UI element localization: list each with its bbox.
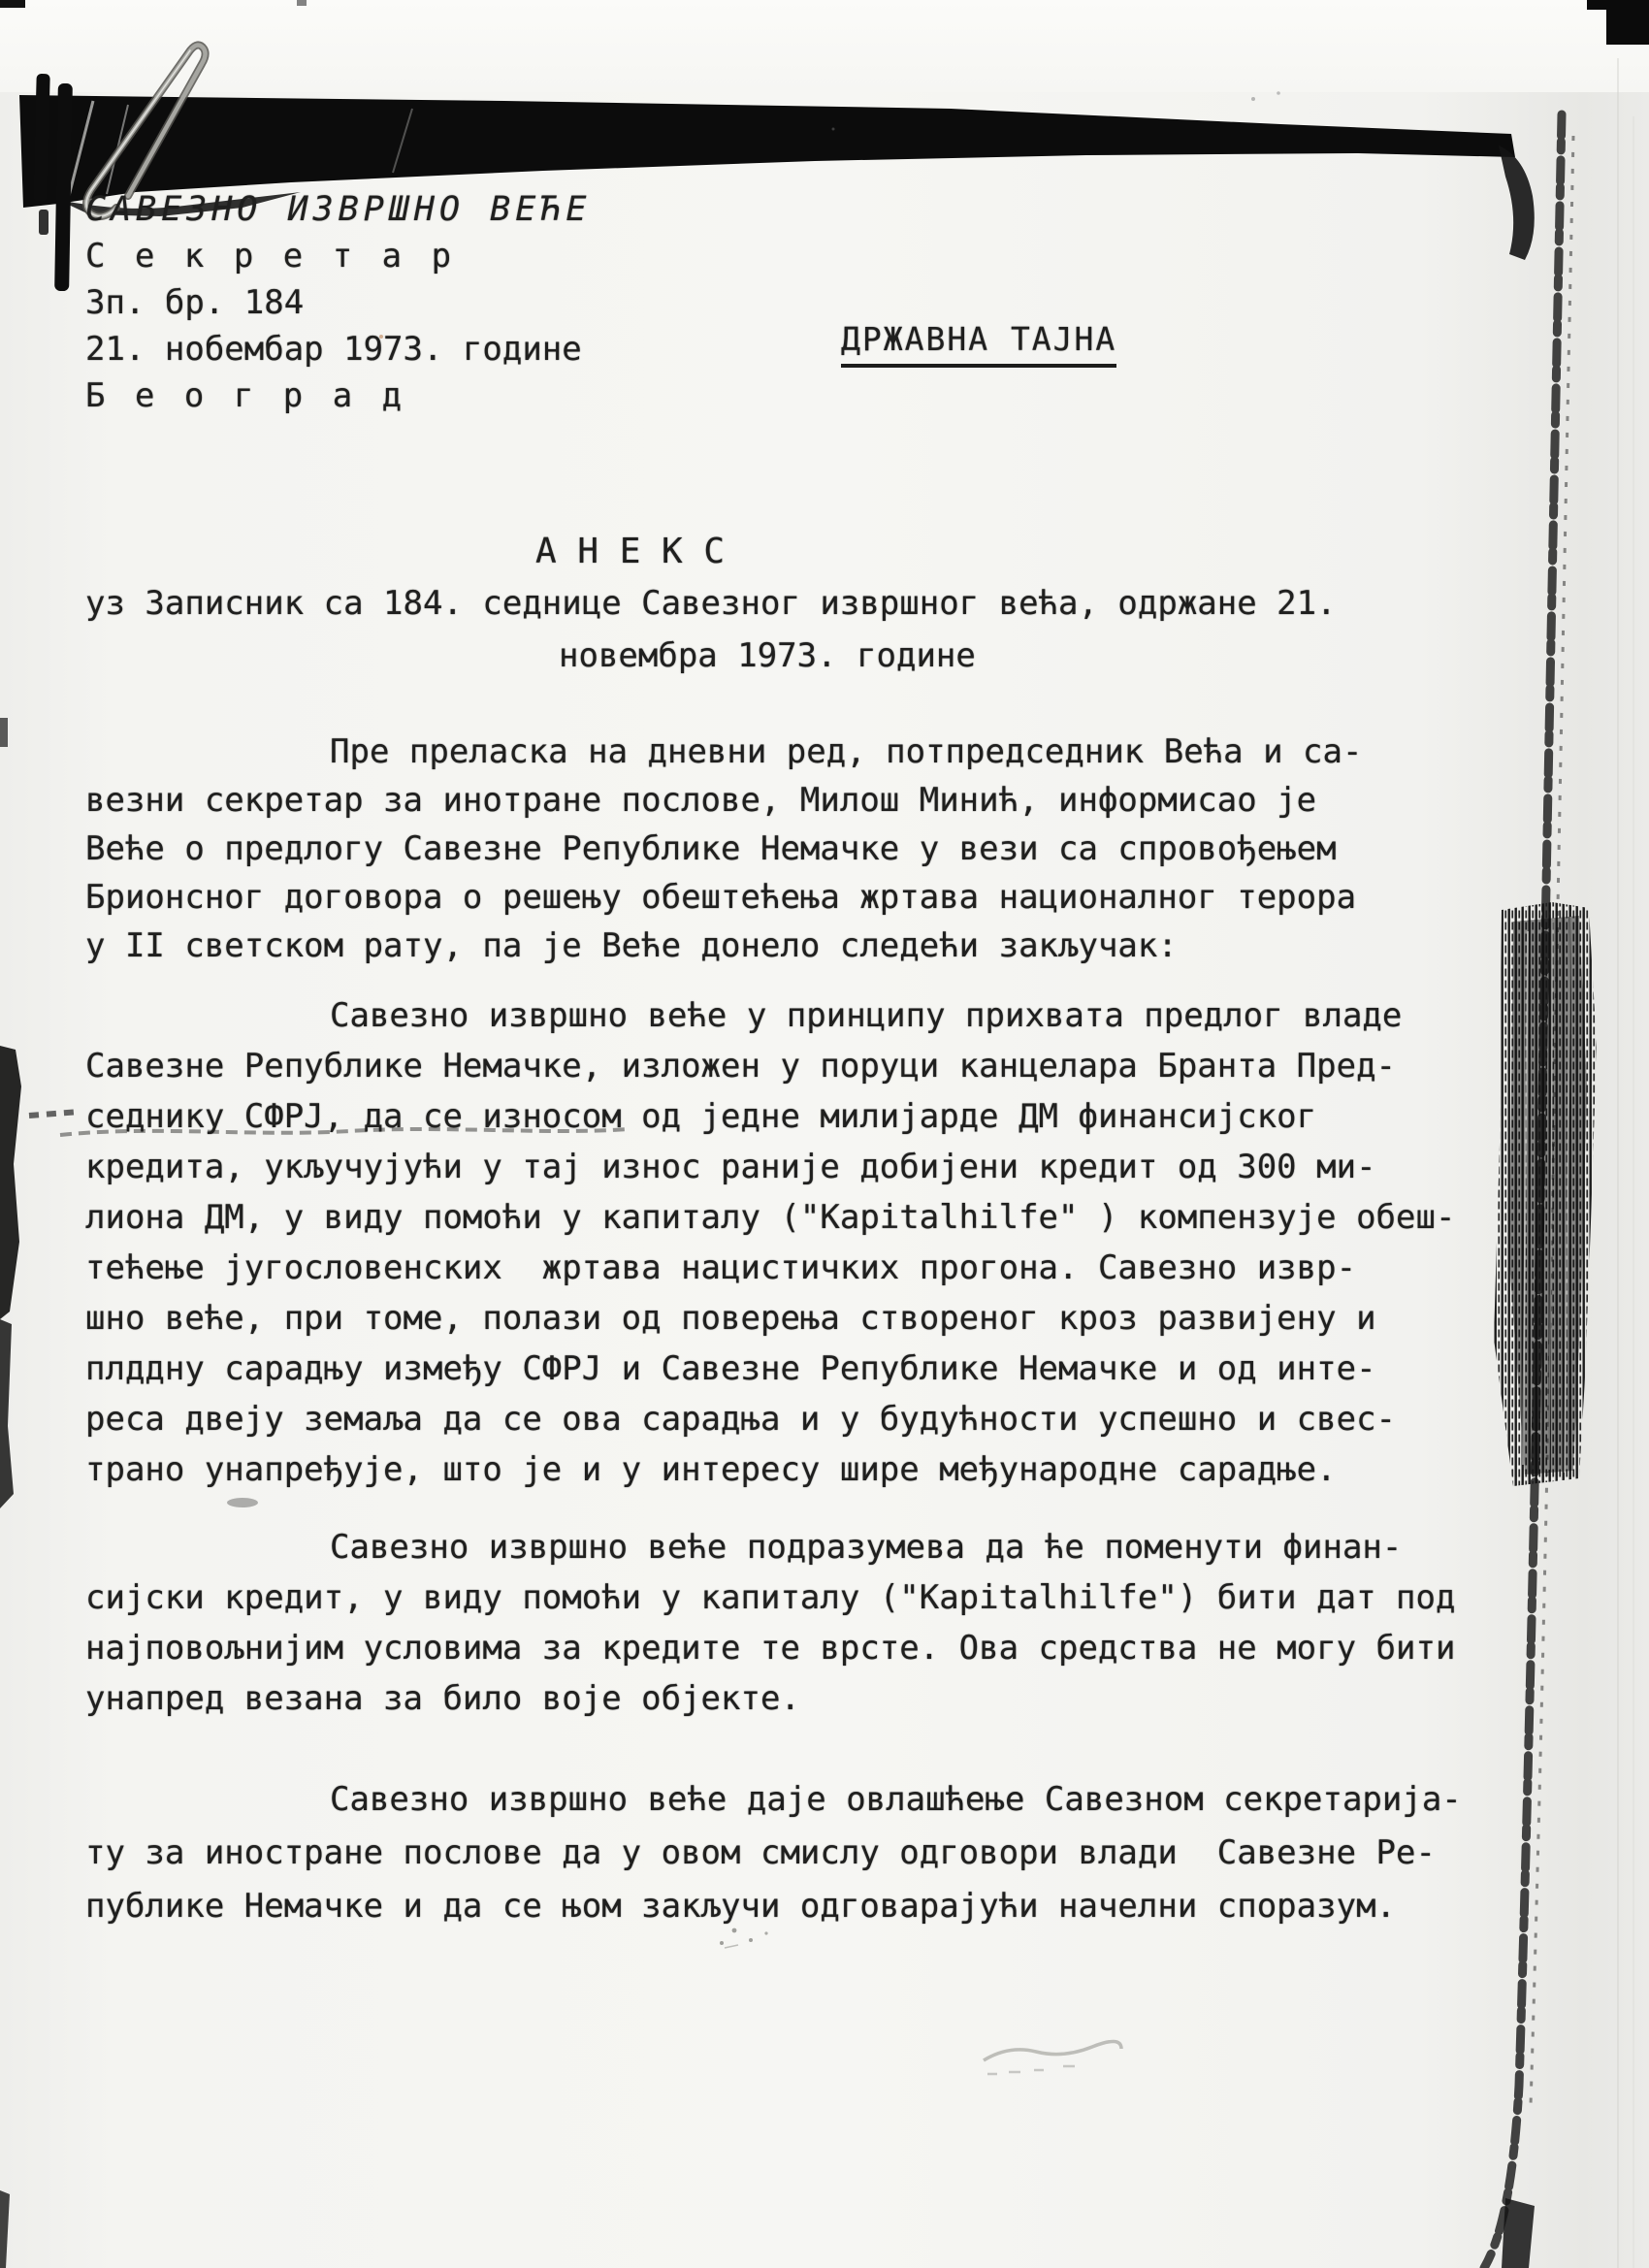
classification-label: ДРЖАВНА ТАЈНА (841, 320, 1116, 368)
document-line: ту за иностране послове да у овом смислу… (85, 1827, 1462, 1880)
document-date: 21. нобембар 1973. године (85, 326, 591, 373)
city: Б е о г р а д (85, 373, 591, 419)
document-subtitle-line2: новембра 1973. године (559, 636, 976, 675)
document-line: тећење југословенских жртава нацистичких… (85, 1243, 1455, 1293)
paragraph-4: Савезно извршно веће даје овлашћење Саве… (85, 1773, 1462, 1933)
document-line: везни секретар за инотране послове, Мило… (85, 776, 1362, 825)
scan-artifact-left-blobs (0, 718, 21, 2268)
document-line: сијски кредит, у виду помоћи у капиталу … (85, 1572, 1455, 1623)
document-line: публике Немачке и да се њом закључи одго… (85, 1880, 1462, 1933)
document-line: Веће о предлогу Савезне Републике Немачк… (85, 825, 1362, 873)
document-line: Пре преласка на дневни ред, потпредседни… (85, 728, 1362, 776)
scan-artifact-ink-bars (33, 74, 73, 291)
document-line: унапред везана за било воје објекте. (85, 1673, 1455, 1724)
document-line: кредита, укључујући у тај износ раније д… (85, 1142, 1455, 1192)
letterhead: САВЕЗНО ИЗВРШНО ВЕЋЕ С е к р е т а р Зп.… (85, 186, 591, 419)
document-line: плддну сарадњу између СФРЈ и Савезне Реп… (85, 1344, 1455, 1394)
scanned-document-page: САВЕЗНО ИЗВРШНО ВЕЋЕ С е к р е т а р Зп.… (0, 0, 1649, 2268)
document-line: Савезне Републике Немачке, изложен у пор… (85, 1041, 1455, 1091)
document-line: Савезно извршно веће у принципу прихвата… (85, 990, 1455, 1041)
document-line: шно веће, при томе, полази од поверења с… (85, 1293, 1455, 1344)
org-name: САВЕЗНО ИЗВРШНО ВЕЋЕ (85, 186, 591, 233)
document-line: трано унапређује, што је и у интересу ши… (85, 1444, 1455, 1495)
document-line: лиона ДМ, у виду помоћи у капиталу ("Kap… (85, 1192, 1455, 1243)
paragraph-1: Пре преласка на дневни ред, потпредседни… (85, 728, 1362, 970)
document-line: у II светском рату, па је Веће донело сл… (85, 922, 1362, 970)
document-line: реса двеју земаља да се ова сарадња и у … (85, 1394, 1455, 1444)
document-line: најповољнијим условима за кредите те врс… (85, 1623, 1455, 1673)
scan-artifact-right-streak (1484, 58, 1633, 2268)
document-line: Брионсног договора о решењу обештећења ж… (85, 873, 1362, 922)
reference-number: Зп. бр. 184 (85, 279, 591, 326)
paragraph-2: Савезно извршно веће у принципу прихвата… (85, 990, 1455, 1495)
org-role: С е к р е т а р (85, 233, 591, 279)
document-line: Савезно извршно веће даје овлашћење Саве… (85, 1773, 1462, 1827)
document-title: А Н Е К С (535, 532, 725, 571)
document-line: Савезно извршно веће подразумева да ће п… (85, 1522, 1455, 1572)
document-subtitle-line1: уз Записник са 184. седнице Савезног изв… (85, 584, 1337, 623)
document-line: седнику СФРЈ, да се износом од једне мил… (85, 1091, 1455, 1142)
paragraph-3: Савезно извршно веће подразумева да ће п… (85, 1522, 1455, 1724)
